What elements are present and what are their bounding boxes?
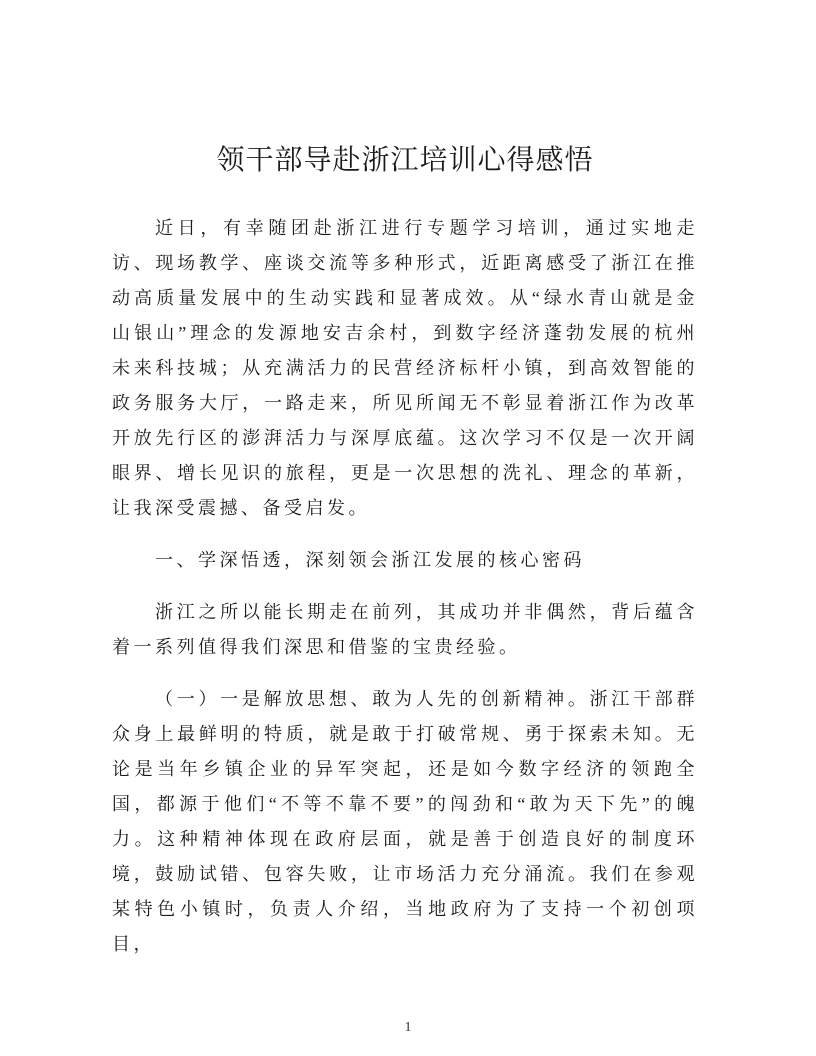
body-paragraph-point-one: （一）一是解放思想、敢为人先的创新精神。浙江干部群众身上最鲜明的特质，就是敢于打… xyxy=(112,682,698,962)
document-content: 领干部导赴浙江培训心得感悟 近日，有幸随团赴浙江进行专题学习培训，通过实地走访、… xyxy=(0,0,816,962)
document-page: 领干部导赴浙江培训心得感悟 近日，有幸随团赴浙江进行专题学习培训，通过实地走访、… xyxy=(0,0,816,1056)
section-heading-1: 一、学深悟透，深刻领会浙江发展的核心密码 xyxy=(112,543,698,578)
page-number: 1 xyxy=(0,1017,816,1038)
document-title-text: 领干部导赴浙江培训心得感悟 xyxy=(216,145,593,176)
document-title: 领干部导赴浙江培训心得感悟 xyxy=(112,141,698,181)
body-paragraph-section-intro: 浙江之所以能长期走在前列，其成功并非偶然，背后蕴含着一系列值得我们深思和借鉴的宝… xyxy=(112,595,698,665)
body-paragraph-intro: 近日，有幸随团赴浙江进行专题学习培训，通过实地走访、现场教学、座谈交流等多种形式… xyxy=(112,211,698,526)
